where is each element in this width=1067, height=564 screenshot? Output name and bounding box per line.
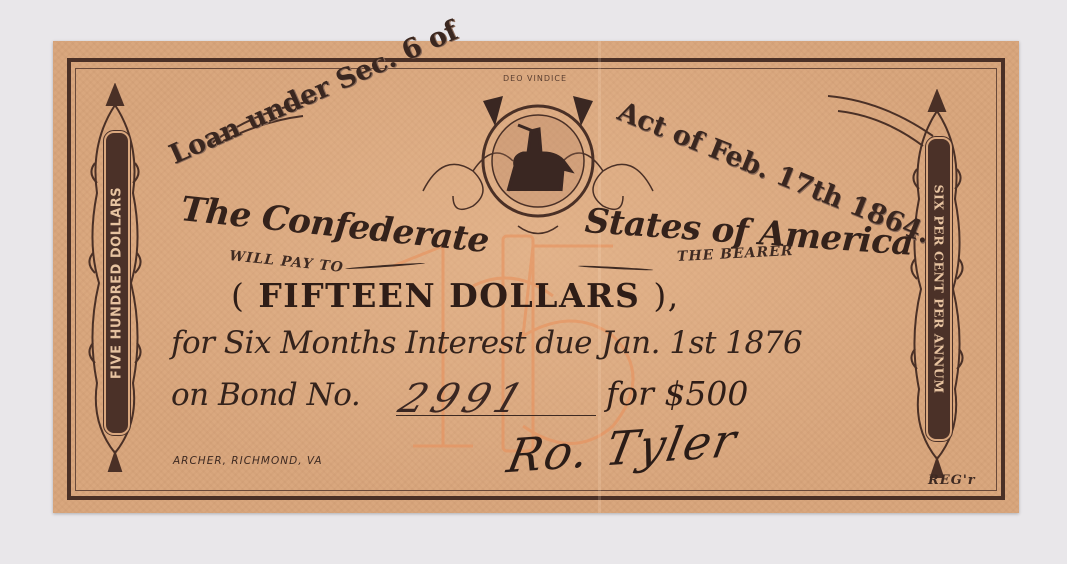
amount-line: ( FIFTEEN DOLLARS ), bbox=[231, 276, 680, 315]
open-paren: ( bbox=[231, 276, 245, 315]
equestrian-seal-vignette bbox=[473, 91, 603, 221]
decorative-lines-icon bbox=[823, 86, 943, 156]
right-panel-label: SIX PER CENT PER ANNUM bbox=[926, 137, 952, 441]
six-per-cent-text: SIX PER CENT PER ANNUM bbox=[932, 184, 947, 393]
register-label: REG'r bbox=[928, 473, 976, 488]
printer-imprint: ARCHER, RICHMOND, VA bbox=[173, 455, 323, 467]
bond-number-handwritten: 2991 bbox=[393, 376, 536, 422]
bond-value-text: for $500 bbox=[606, 374, 748, 413]
five-hundred-dollars-text: FIVE HUNDRED DOLLARS bbox=[110, 187, 125, 379]
close-paren: ), bbox=[653, 276, 679, 315]
interest-line-text: for Six Months Interest due Jan. 1st 187… bbox=[171, 325, 802, 361]
top-motto-text: DEO VINDICE bbox=[503, 74, 567, 83]
bond-label-text: on Bond No. bbox=[171, 377, 360, 413]
bond-coupon: FIVE HUNDRED DOLLARS SIX PER CENT PER AN… bbox=[53, 41, 1019, 513]
left-panel-label: FIVE HUNDRED DOLLARS bbox=[104, 131, 130, 435]
amount-text: FIFTEEN DOLLARS bbox=[258, 276, 640, 315]
left-ornamental-panel: FIVE HUNDRED DOLLARS bbox=[85, 83, 145, 463]
